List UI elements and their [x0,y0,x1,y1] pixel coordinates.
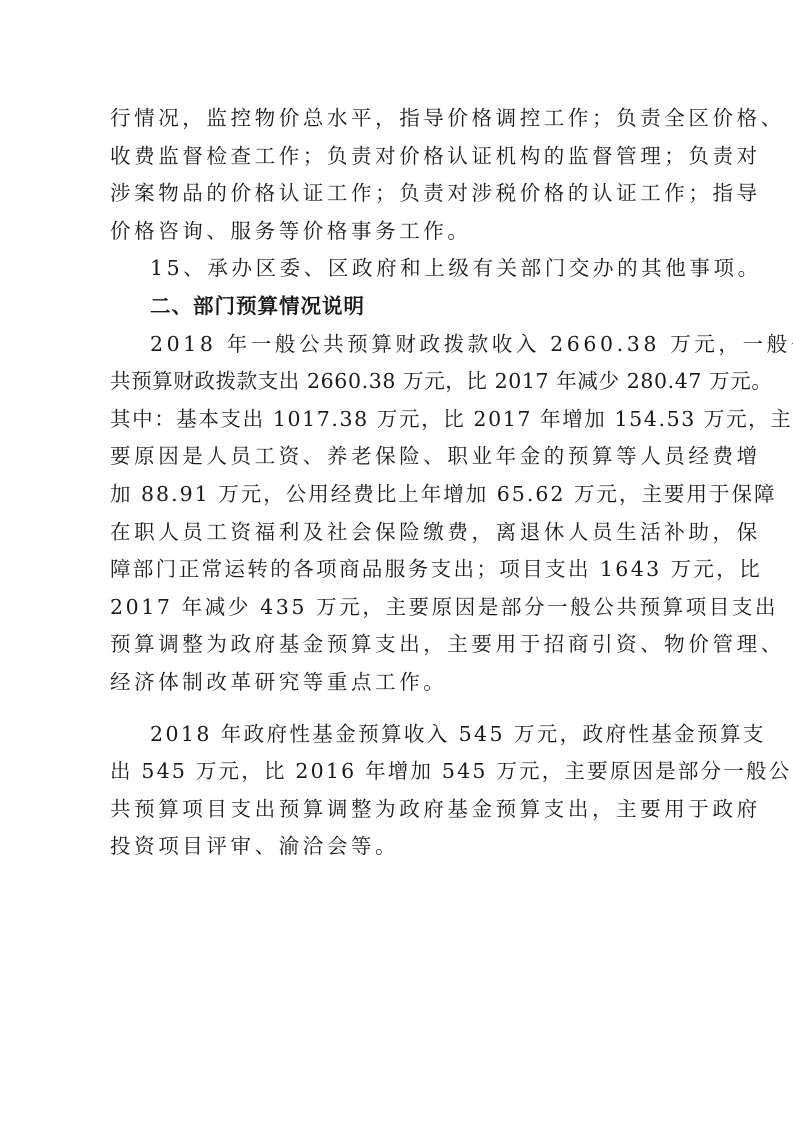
text-line: 共预算项目支出预算调整为政府基金预算支出，主要用于政府 [110,791,690,829]
text-line: 在职人员工资福利及社会保险缴费，离退休人员生活补助，保 [110,514,690,552]
section-heading: 二、部门预算情况说明 [110,288,690,326]
text-line: 价格咨询、服务等价格事务工作。 [110,213,690,251]
text-line: 涉案物品的价格认证工作；负责对涉税价格的认证工作；指导 [110,175,690,213]
paragraph-government-fund-budget: 2018 年政府性基金预算收入 545 万元，政府性基金预算支 出 545 万元… [110,716,690,866]
document-page: 行情况，监控物价总水平，指导价格调控工作；负责全区价格、 收费监督检查工作；负责… [110,100,690,866]
text-line: 行情况，监控物价总水平，指导价格调控工作；负责全区价格、 [110,100,690,138]
text-line: 收费监督检查工作；负责对价格认证机构的监督管理；负责对 [110,138,690,176]
text-line: 要原因是人员工资、养老保险、职业年金的预算等人员经费增 [110,438,690,476]
paragraph-item-15: 15、承办区委、区政府和上级有关部门交办的其他事项。 [110,250,690,288]
text-line: 15、承办区委、区政府和上级有关部门交办的其他事项。 [110,250,690,288]
text-line: 共预算财政拨款支出 2660.38 万元，比 2017 年减少 280.47 万… [110,363,690,401]
text-line: 2017 年减少 435 万元，主要原因是部分一般公共预算项目支出 [110,589,690,627]
text-line: 预算调整为政府基金预算支出，主要用于招商引资、物价管理、 [110,626,690,664]
text-line: 经济体制改革研究等重点工作。 [110,664,690,702]
text-line: 2018 年政府性基金预算收入 545 万元，政府性基金预算支 [110,716,690,754]
paragraph-price-duties-continued: 行情况，监控物价总水平，指导价格调控工作；负责全区价格、 收费监督检查工作；负责… [110,100,690,250]
paragraph-general-public-budget: 2018 年一般公共预算财政拨款收入 2660.38 万元，一般公 共预算财政拨… [110,326,690,702]
text-line: 加 88.91 万元，公用经费比上年增加 65.62 万元，主要用于保障 [110,476,690,514]
text-line: 其中：基本支出 1017.38 万元，比 2017 年增加 154.53 万元，… [110,401,690,439]
text-line: 障部门正常运转的各项商品服务支出；项目支出 1643 万元，比 [110,551,690,589]
text-line: 出 545 万元，比 2016 年增加 545 万元，主要原因是部分一般公 [110,753,690,791]
text-line: 2018 年一般公共预算财政拨款收入 2660.38 万元，一般公 [110,326,690,364]
paragraph-spacer [110,702,690,716]
text-line: 投资项目评审、渝洽会等。 [110,828,690,866]
